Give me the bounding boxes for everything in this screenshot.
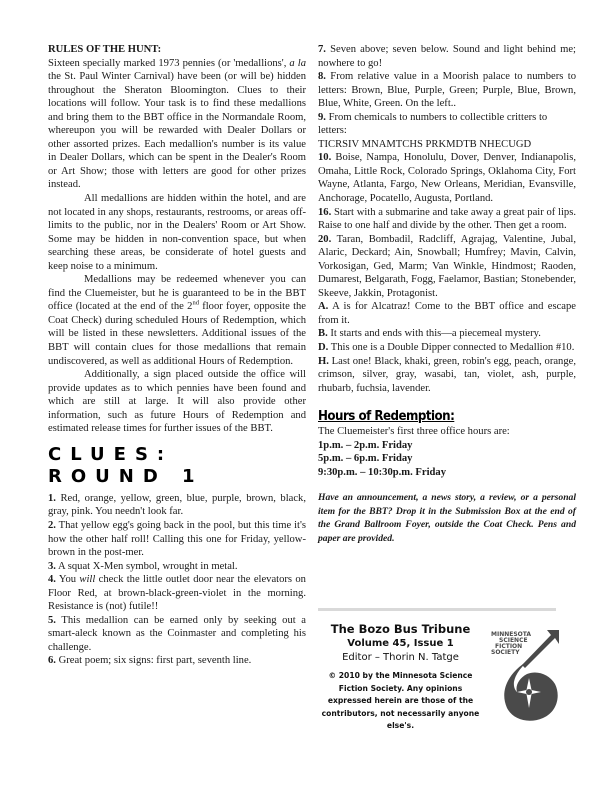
hours-slot: 1p.m. – 2p.m. Friday — [318, 439, 576, 453]
hours-slot: 5p.m. – 6p.m. Friday — [318, 452, 576, 466]
clues-heading: CLUES: ROUND 1 — [48, 444, 306, 488]
newsletter-title: The Bozo Bus Tribune — [318, 622, 483, 637]
clue-item: 7. Seven above; seven below. Sound and l… — [318, 43, 576, 70]
rules-paragraph-3: Medallions may be redeemed whenever you … — [48, 273, 306, 368]
clue-item: 8. From relative value in a Moorish pala… — [318, 70, 576, 111]
svg-text:SOCIETY: SOCIETY — [491, 649, 520, 656]
clue-code: TICRSIV MNAMTCHS PRKMDTB NHECUGD — [318, 139, 531, 150]
rules-heading: RULES OF THE HUNT: — [48, 43, 306, 57]
left-column: RULES OF THE HUNT: Sixteen specially mar… — [48, 43, 306, 668]
clue-item: 10. Boise, Nampa, Honolulu, Dover, Denve… — [318, 151, 576, 205]
rules-paragraph-1: Sixteen specially marked 1973 pennies (o… — [48, 57, 306, 192]
clue-item: 2. That yellow egg's going back in the p… — [48, 519, 306, 560]
clue-item: 20. Taran, Bombadil, Radcliff, Agrajag, … — [318, 233, 576, 301]
clue-item: A. A is for Alcatraz! Come to the BBT of… — [318, 300, 576, 327]
volume-issue: Volume 45, Issue 1 — [318, 637, 483, 651]
editor-credit: Editor – Thorin N. Tatge — [318, 651, 483, 665]
hours-slot: 9:30p.m. – 10:30p.m. Friday — [318, 466, 576, 480]
hours-intro: The Cluemeister's first three office hou… — [318, 425, 576, 439]
clue-item: 6. Great poem; six signs: first part, se… — [48, 654, 306, 668]
rules-paragraph-2: All medallions are hidden within the hot… — [48, 192, 306, 273]
clue-item: D. This one is a Double Dipper connected… — [318, 341, 576, 355]
minnesota-sf-society-logo-icon: MINNESOTA SCIENCE FICTION SOCIETY — [489, 628, 569, 724]
copyright-notice: © 2010 by the Minnesota Science Fiction … — [318, 670, 483, 733]
submission-notice: Have an announcement, a news story, a re… — [318, 491, 576, 545]
clue-item: 16. Start with a submarine and take away… — [318, 206, 576, 233]
right-column: 7. Seven above; seven below. Sound and l… — [318, 43, 576, 545]
clue-item: 5. This medallion can be earned only by … — [48, 614, 306, 655]
clue-item: B. It starts and ends with this—a piecem… — [318, 327, 576, 341]
clue-item: 9. From chemicals to numbers to collecti… — [318, 111, 576, 152]
clue-item: 1. Red, orange, yellow, green, blue, pur… — [48, 492, 306, 519]
masthead: The Bozo Bus Tribune Volume 45, Issue 1 … — [318, 622, 483, 733]
clue-item: 3. A squat X-Men symbol, wrought in meta… — [48, 560, 306, 574]
clue-item: 4. You will check the little outlet door… — [48, 573, 306, 614]
masthead-divider — [318, 608, 556, 611]
hours-heading: Hours of Redemption: — [318, 408, 545, 424]
clue-item: H. Last one! Black, khaki, green, robin'… — [318, 355, 576, 396]
rules-paragraph-4: Additionally, a sign placed outside the … — [48, 368, 306, 436]
